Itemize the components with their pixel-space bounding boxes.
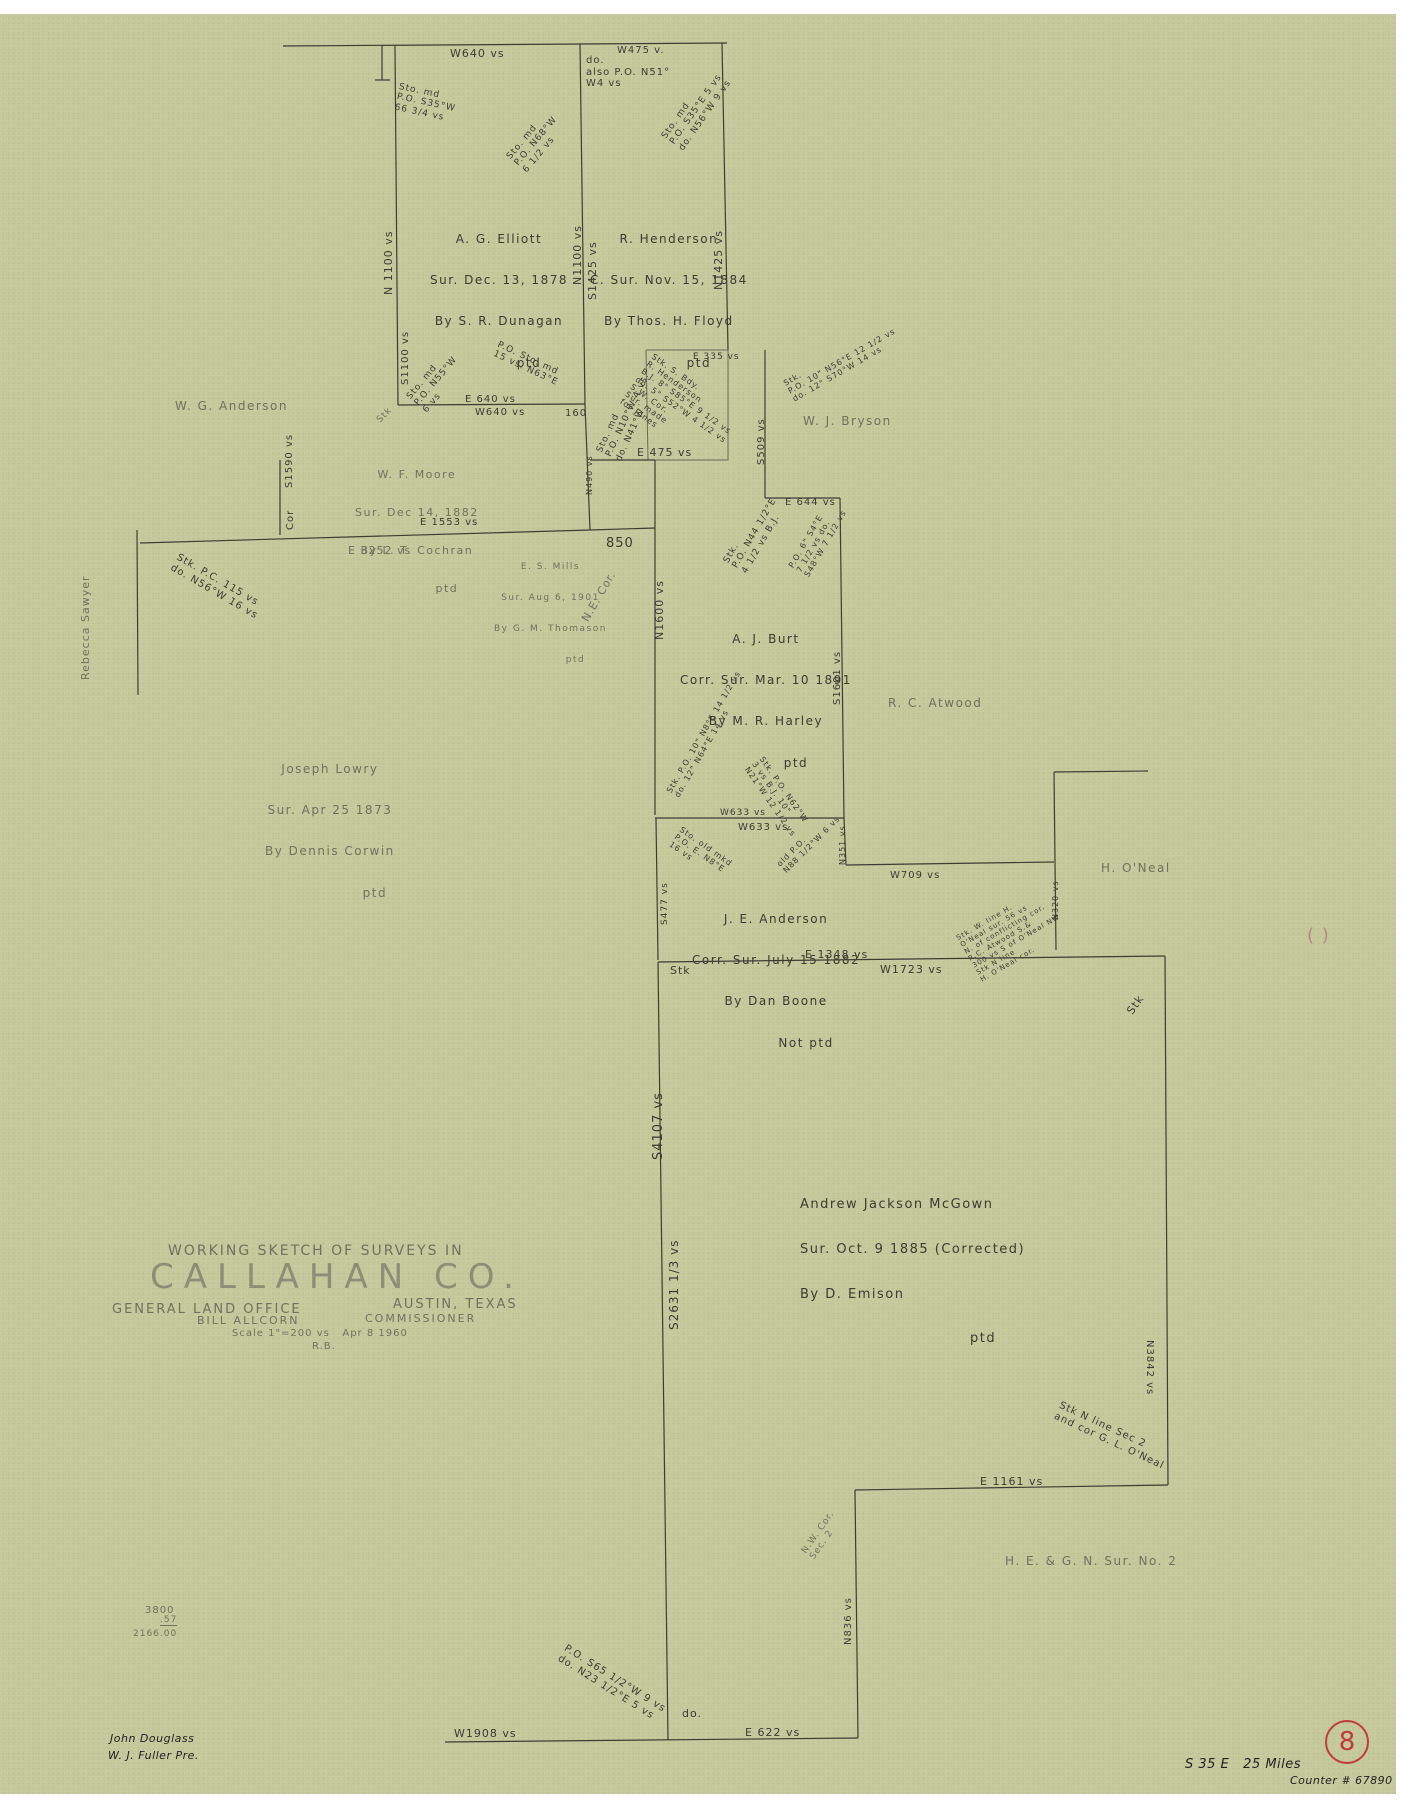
call-henderson-n1425: N1425 vs bbox=[713, 230, 726, 290]
call-e475: E 475 vs bbox=[637, 447, 692, 460]
calc-line3: 2166.00 bbox=[133, 1629, 177, 1639]
call-cor: Cor bbox=[285, 510, 297, 530]
survey-surveyor: By Dan Boone bbox=[692, 995, 860, 1009]
call-160: 160 bbox=[565, 408, 587, 420]
survey-name: Joseph Lowry bbox=[265, 763, 395, 777]
survey-name: J. E. Anderson bbox=[692, 913, 860, 927]
initials: R.B. bbox=[312, 1341, 336, 1353]
survey-mcgown: Andrew Jackson McGown Sur. Oct. 9 1885 (… bbox=[800, 1168, 1025, 1362]
sheet-number-circle: 8 bbox=[1325, 1720, 1369, 1764]
survey-surveyor: By D. Emison bbox=[800, 1288, 1025, 1303]
counter-number: Counter # 67890 bbox=[1290, 1775, 1393, 1788]
call-s1601: S1601 vs bbox=[832, 651, 844, 705]
survey-surveyor: By S. R. Dunagan bbox=[430, 315, 568, 329]
call-s2631: S2631 1/3 vs bbox=[668, 1240, 682, 1330]
county-name: CALLAHAN CO. bbox=[150, 1258, 524, 1297]
call-n490: N490 vs bbox=[585, 455, 594, 495]
survey-name: A. G. Elliott bbox=[430, 233, 568, 247]
commissioner-name: BILL ALLCORN bbox=[197, 1315, 300, 1328]
adjoining-hegn: H. E. & G. N. Sur. No. 2 bbox=[1005, 1555, 1177, 1569]
paren-mark: ( ) bbox=[1307, 926, 1330, 947]
adjoining-wj-bryson: W. J. Bryson bbox=[803, 415, 892, 429]
call-elliott-e-s1425: S1425 vs bbox=[587, 241, 600, 300]
survey-je-anderson: J. E. Anderson Corr. Sur. July 15 1882 B… bbox=[692, 885, 860, 1064]
call-top-w640: W640 vs bbox=[450, 48, 505, 61]
call-n320: N320 vs bbox=[1051, 880, 1060, 920]
survey-name: E. S. Mills bbox=[494, 562, 607, 572]
call-s477: S477 vs bbox=[660, 882, 670, 925]
call-e1161: E 1161 vs bbox=[980, 1476, 1043, 1489]
call-e3252: E 3252 vs bbox=[348, 545, 411, 558]
survey-status: ptd bbox=[265, 887, 395, 901]
survey-status: Not ptd bbox=[692, 1037, 860, 1051]
call-n351: N351 vs bbox=[838, 825, 847, 865]
call-850: 850 bbox=[606, 537, 634, 552]
call-n3842: N3842 vs bbox=[1144, 1340, 1156, 1395]
call-do-also: do. also P.O. N51° W4 vs bbox=[586, 55, 670, 90]
call-w1908: W1908 vs bbox=[454, 1728, 517, 1741]
call-s4107: S4107 vs bbox=[652, 1092, 667, 1160]
call-elliott-s1100: S1100 vs bbox=[400, 331, 412, 385]
commissioner-title: COMMISSIONER bbox=[365, 1313, 476, 1326]
adjoining-rebecca: Rebecca Sawyer bbox=[80, 575, 93, 680]
call-e1553: E 1553 vs bbox=[420, 517, 478, 529]
calc-line2: .57 bbox=[160, 1615, 177, 1626]
call-elliott-n1100: N 1100 vs bbox=[383, 231, 396, 295]
call-w640: W640 vs bbox=[475, 407, 525, 419]
names-line1: John Douglass bbox=[110, 1733, 194, 1746]
call-n1600: N1600 vs bbox=[654, 580, 667, 640]
call-elliott-e-n1100: N1100 vs bbox=[572, 225, 585, 285]
call-do-bottom: do. bbox=[682, 1708, 702, 1721]
survey-name: Andrew Jackson McGown bbox=[800, 1198, 1025, 1213]
call-e335: E 335 vs bbox=[693, 352, 740, 362]
adjoining-rc-atwood: R. C. Atwood bbox=[888, 697, 982, 711]
survey-status: ptd bbox=[800, 1332, 1025, 1347]
call-e640: E 640 vs bbox=[465, 394, 516, 406]
direction-note: S 35 E 25 Miles bbox=[1185, 1758, 1301, 1773]
names-line2: W. J. Fuller Pre. bbox=[108, 1750, 199, 1763]
survey-surveyor: By G. M. Thomason bbox=[494, 624, 607, 634]
adjoining-wg-anderson: W. G. Anderson bbox=[175, 400, 288, 414]
call-w633-b: W633 vs bbox=[738, 822, 788, 834]
survey-name: W. F. Moore bbox=[355, 469, 479, 482]
call-s509: S509 vs bbox=[756, 418, 768, 465]
survey-surveyor: By Thos. H. Floyd bbox=[590, 315, 748, 329]
call-w709: W709 vs bbox=[890, 870, 940, 882]
call-w633-a: W633 vs bbox=[720, 808, 766, 818]
call-n836: N836 vs bbox=[843, 1597, 855, 1645]
call-w1723: W1723 vs bbox=[880, 964, 943, 977]
office-city: AUSTIN, TEXAS bbox=[393, 1298, 518, 1313]
call-e1348: E 1348 vs bbox=[805, 949, 868, 962]
scale-date: Scale 1"=200 vs Apr 8 1960 bbox=[232, 1328, 408, 1340]
survey-status: ptd bbox=[355, 583, 479, 596]
survey-surveyor: By Dennis Corwin bbox=[265, 845, 395, 859]
survey-date: Sur. Dec. 13, 1878 bbox=[430, 274, 568, 288]
survey-date: Sur. Oct. 9 1885 (Corrected) bbox=[800, 1243, 1025, 1258]
survey-lowry: Joseph Lowry Sur. Apr 25 1873 By Dennis … bbox=[265, 735, 395, 914]
survey-date: Sur. Apr 25 1873 bbox=[265, 804, 395, 818]
call-s1590: S1590 vs bbox=[284, 434, 296, 488]
survey-date: Corr. Sur. Mar. 10 1891 bbox=[680, 674, 852, 688]
adjoining-h-oneal: H. O'Neal bbox=[1101, 862, 1171, 876]
call-e622: E 622 vs bbox=[745, 1727, 800, 1740]
call-stk-sw: Stk bbox=[670, 965, 691, 978]
survey-name: A. J. Burt bbox=[680, 633, 852, 647]
survey-status: ptd bbox=[494, 655, 607, 665]
